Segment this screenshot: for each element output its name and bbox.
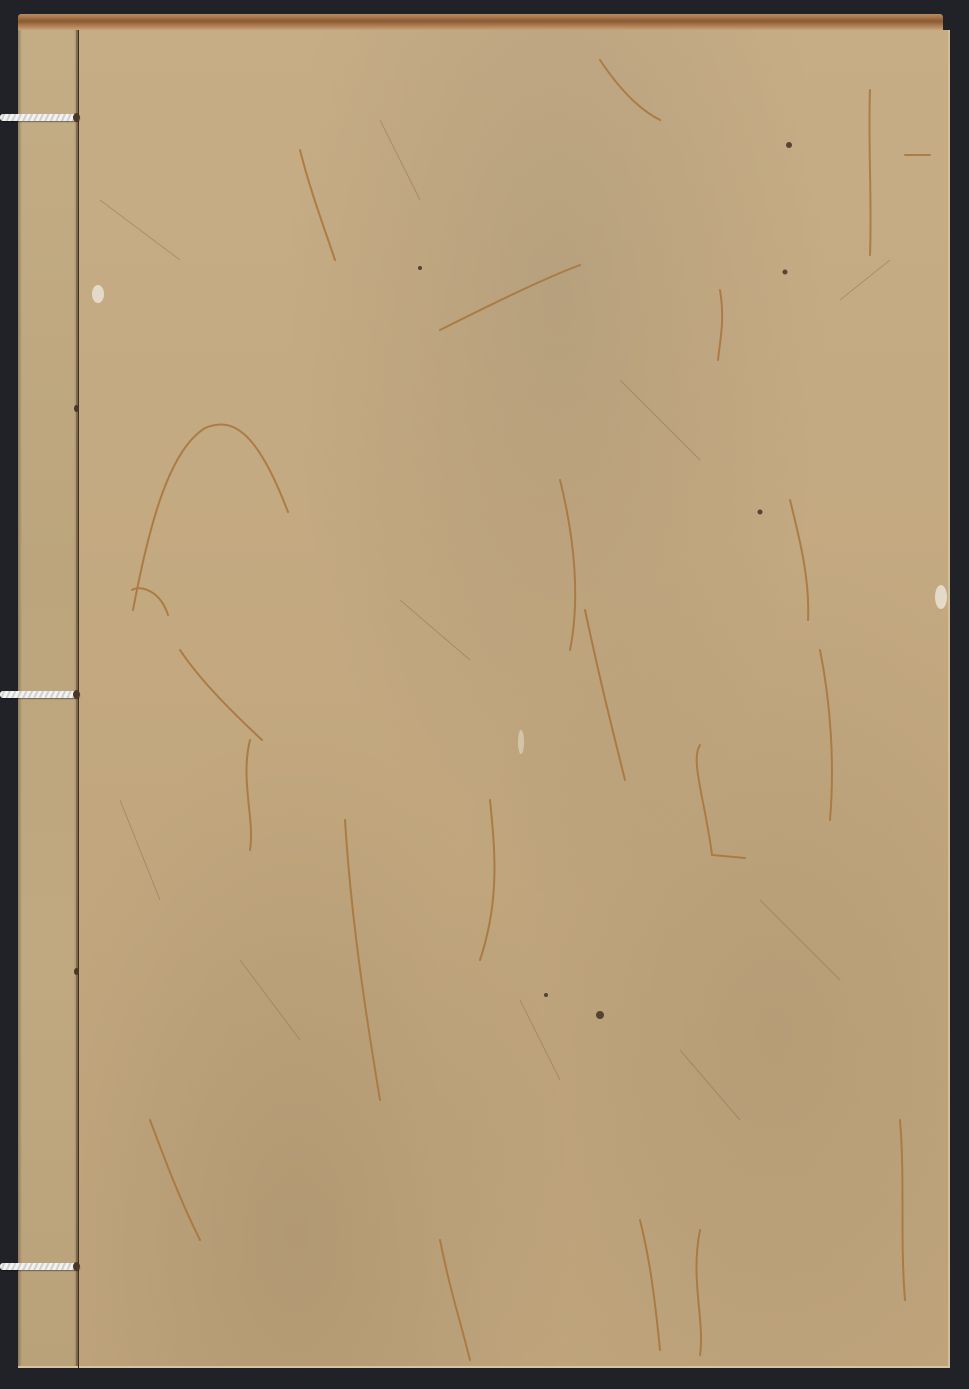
binding-hole-2 <box>73 690 80 699</box>
binding-hole-extra <box>74 968 79 975</box>
page-block-top-edge <box>18 14 943 30</box>
binding-hole-3 <box>73 1262 80 1271</box>
worn-spot <box>92 285 104 303</box>
binding-thread-3 <box>0 1263 80 1270</box>
worn-spot <box>935 585 947 609</box>
binding-hole-extra <box>74 405 79 412</box>
binding-thread-1 <box>0 114 80 121</box>
worn-spot <box>518 730 524 754</box>
binding-thread-2 <box>0 691 80 698</box>
book-spine-flap <box>18 30 78 1368</box>
binding-hole-1 <box>73 113 80 122</box>
book-cover <box>79 30 950 1368</box>
